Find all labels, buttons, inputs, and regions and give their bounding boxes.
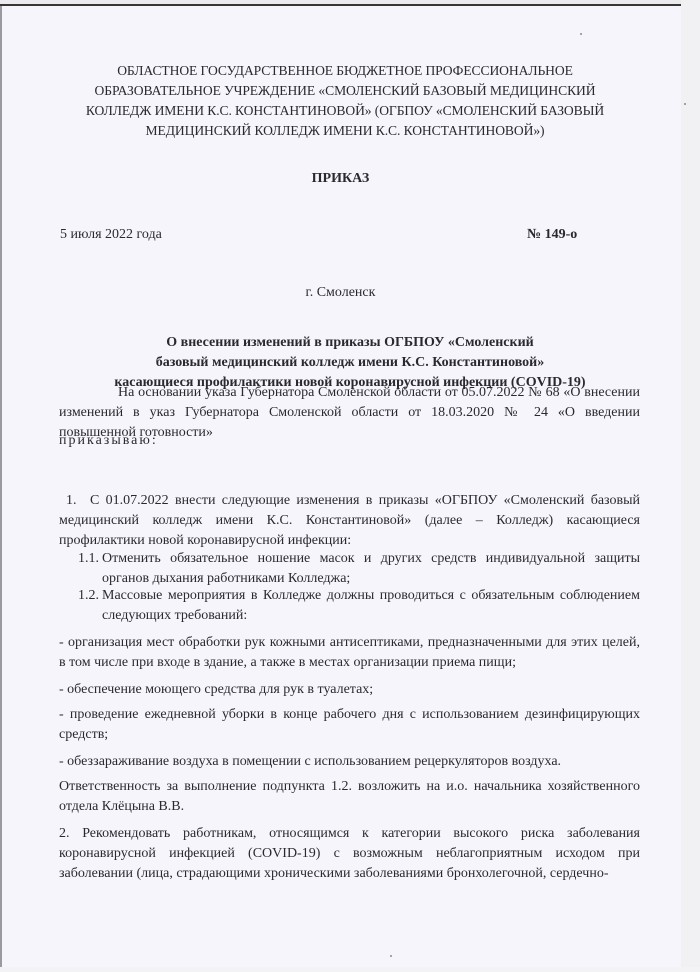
header-line: ОБЛАСТНОЕ ГОСУДАРСТВЕННОЕ БЮДЖЕТНОЕ ПРОФ…	[40, 61, 650, 81]
scan-bottom-margin	[0, 967, 700, 972]
requirement-bullet: - проведение ежедневной уборки в конце р…	[59, 705, 640, 745]
header-line: КОЛЛЕДЖ ИМЕНИ К.С. КОНСТАНТИНОВОЙ» (ОГБП…	[40, 101, 650, 121]
subitem-text: Массовые мероприятия в Колледже должны п…	[102, 586, 640, 626]
scan-left-border	[0, 6, 2, 967]
requirement-bullet: - обеззараживание воздуха в помещении с …	[59, 752, 640, 772]
item-text: С 01.07.2022 внести следующие изменения …	[59, 493, 640, 548]
subitem-number: 1.2.	[78, 586, 102, 626]
order-item-1: 1.С 01.07.2022 внести следующие изменени…	[59, 491, 640, 551]
order-date: 5 июля 2022 года	[60, 227, 162, 243]
scan-speck	[390, 955, 392, 957]
order-subitem-1-1: 1.1. Отменить обязательное ношение масок…	[78, 549, 640, 589]
orders-word: приказываю:	[59, 433, 158, 449]
item-number: 1.	[59, 491, 90, 511]
requirement-bullet: - организация мест обработки рук кожными…	[59, 633, 640, 673]
order-item-2: 2. Рекомендовать работникам, относящимся…	[59, 824, 640, 884]
order-number: № 149-о	[527, 227, 577, 243]
order-city: г. Смоленск	[0, 285, 681, 301]
subitem-text: Отменить обязательное ношение масок и др…	[102, 549, 640, 589]
responsibility-paragraph: Ответственность за выполнение подпункта …	[59, 777, 640, 817]
scan-speck	[580, 33, 582, 35]
subject-line: О внесении изменений в приказы ОГБПОУ «С…	[60, 333, 640, 353]
organization-header: ОБЛАСТНОЕ ГОСУДАРСТВЕННОЕ БЮДЖЕТНОЕ ПРОФ…	[40, 61, 650, 141]
requirement-bullet: - обеспечение моющего средства для рук в…	[59, 680, 640, 700]
scan-speck	[684, 103, 686, 105]
order-subitem-1-2: 1.2. Массовые мероприятия в Колледже дол…	[78, 586, 640, 626]
header-line: МЕДИЦИНСКИЙ КОЛЛЕДЖ ИМЕНИ К.С. КОНСТАНТИ…	[40, 121, 650, 141]
subitem-number: 1.1.	[78, 549, 102, 589]
header-line: ОБРАЗОВАТЕЛЬНОЕ УЧРЕЖДЕНИЕ «СМОЛЕНСКИЙ Б…	[40, 81, 650, 101]
scan-right-margin	[681, 0, 700, 972]
document-title: ПРИКАЗ	[0, 171, 681, 187]
subject-line: базовый медицинский колледж имени К.С. К…	[60, 353, 640, 373]
